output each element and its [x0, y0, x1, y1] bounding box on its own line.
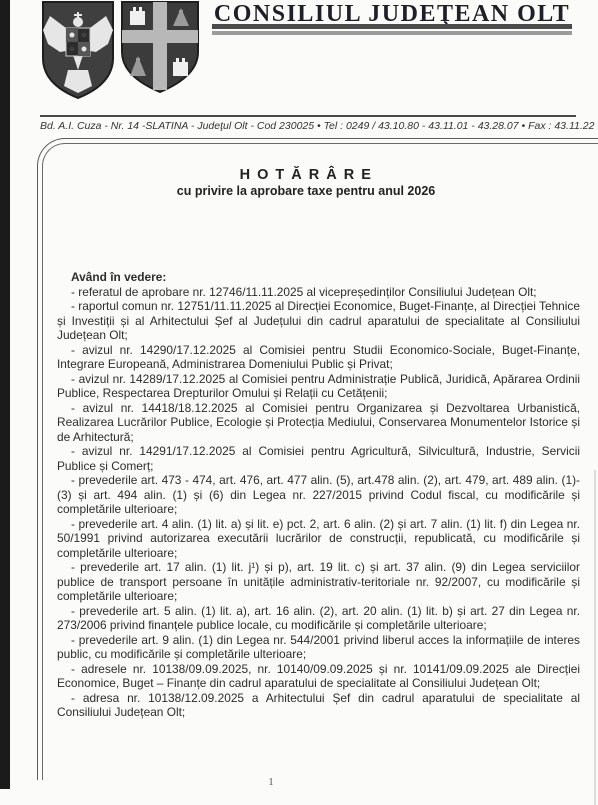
address-line: Bd. A.I. Cuza - Nr. 14 -SLATINA - Judeţu… [40, 120, 576, 132]
preamble-section: Având în vedere: - referatul de aprobare… [57, 270, 580, 720]
document-title: H O T Ă R Â R E [56, 167, 556, 183]
preamble-item: - raportul comun nr. 12751/11.11.2025 al… [57, 299, 580, 343]
preamble-item: - avizul nr. 14291/17.12.2025 al Comisie… [57, 444, 580, 473]
address-rule-top [40, 115, 576, 117]
preamble-list: - referatul de aprobare nr. 12746/11.11.… [57, 285, 580, 720]
preamble-item: - adresa nr. 10138/12.09.2025 a Arhitect… [57, 691, 580, 720]
romania-coat-of-arms [38, 0, 118, 100]
preamble-item: - prevederile art. 9 alin. (1) din Legea… [57, 633, 580, 662]
preamble-item: - prevederile art. 17 alin. (1) lit. j¹)… [57, 560, 580, 604]
header-rule-dark [212, 24, 572, 29]
scan-edge-left-bar [0, 0, 10, 789]
preamble-item: - avizul nr. 14418/18.12.2025 al Comisie… [57, 401, 580, 445]
preamble-heading: Având în vedere: [57, 270, 580, 285]
preamble-item: - avizul nr. 14290/17.12.2025 al Comisie… [57, 343, 580, 372]
document-subtitle: cu privire la aprobare taxe pentru anul … [56, 184, 556, 198]
preamble-item: - referatul de aprobare nr. 12746/11.11.… [57, 285, 580, 300]
preamble-item: - adresele nr. 10138/09.09.2025, nr. 101… [57, 662, 580, 691]
preamble-item: - prevederile art. 473 - 474, art. 476, … [57, 473, 580, 517]
preamble-item: - prevederile art. 5 alin. (1) lit. a), … [57, 604, 580, 633]
preamble-item: - prevederile art. 4 alin. (1) lit. a) ș… [57, 517, 580, 561]
preamble-item: - avizul nr. 14289/17.12.2025 al Comisie… [57, 372, 580, 401]
olt-county-coat-of-arms [118, 0, 202, 94]
header-rule-gray [212, 31, 572, 35]
page-number: 1 [256, 776, 286, 788]
inner-shield-icon [66, 28, 90, 56]
